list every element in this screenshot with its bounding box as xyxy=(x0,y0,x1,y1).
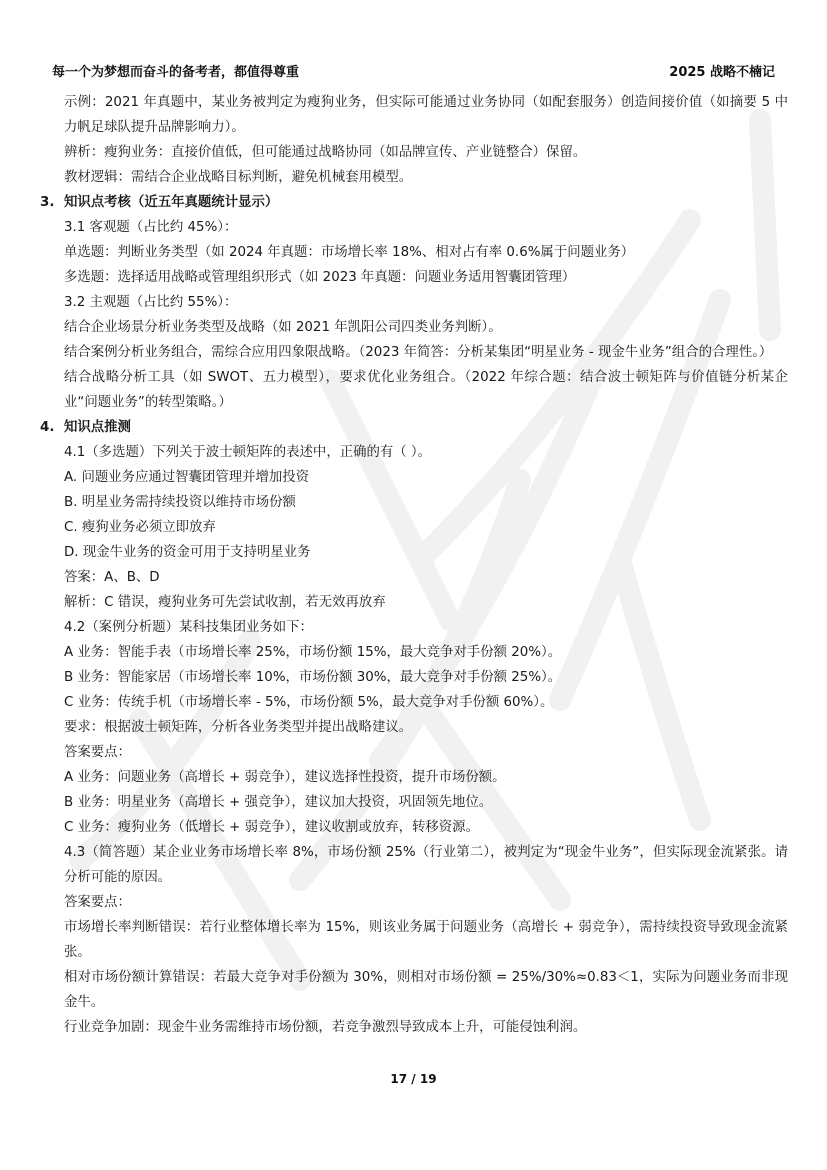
explanation: 解析：C 错误，瘦狗业务可先尝试收割，若无效再放弃 xyxy=(40,590,788,615)
question-stem: 4.2（案例分析题）某科技集团业务如下： xyxy=(40,615,788,640)
paragraph: 辨析：瘦狗业务：直接价值低，但可能通过战略协同（如品牌宣传、产业链整合）保留。 xyxy=(40,140,788,165)
section-number: 4. xyxy=(40,415,64,440)
option-a: A. 问题业务应通过智囊团管理并增加投资 xyxy=(40,465,788,490)
header-motto: 每一个为梦想而奋斗的备考者，都值得尊重 xyxy=(52,61,299,80)
section-heading-4: 4. 知识点推测 xyxy=(40,415,788,440)
case-item: C 业务：传统手机（市场增长率 - 5%，市场份额 5%，最大竞争对手份额 60… xyxy=(40,690,788,715)
paragraph: 多选题：选择适用战略或管理组织形式（如 2023 年真题：问题业务适用智囊团管理… xyxy=(40,265,788,290)
section-title: 知识点考核（近五年真题统计显示） xyxy=(64,190,278,215)
paragraph: 教材逻辑：需结合企业战略目标判断，避免机械套用模型。 xyxy=(40,165,788,190)
case-item: A 业务：智能手表（市场增长率 25%，市场份额 15%，最大竞争对手份额 20… xyxy=(40,640,788,665)
paragraph: 单选题：判断业务类型（如 2024 年真题：市场增长率 18%、相对占有率 0.… xyxy=(40,240,788,265)
requirement: 要求：根据波士顿矩阵，分析各业务类型并提出战略建议。 xyxy=(40,715,788,740)
header-title: 2025 战略不楠记 xyxy=(669,61,775,80)
page-header: 每一个为梦想而奋斗的备考者，都值得尊重 2025 战略不楠记 xyxy=(52,60,775,80)
answer-point: C 业务：瘦狗业务（低增长 + 弱竞争），建议收割或放弃，转移资源。 xyxy=(40,815,788,840)
paragraph: 结合企业场景分析业务类型及战略（如 2021 年凯阳公司四类业务判断）。 xyxy=(40,315,788,340)
question-stem: 4.3（简答题）某企业业务市场增长率 8%，市场份额 25%（行业第二），被判定… xyxy=(40,840,788,890)
subheading: 3.1 客观题（占比约 45%）： xyxy=(40,215,788,240)
page-number: 17 / 19 xyxy=(0,1072,827,1086)
section-title: 知识点推测 xyxy=(64,415,131,440)
answer-point: 相对市场份额计算错误：若最大竞争对手份额为 30%，则相对市场份额 = 25%/… xyxy=(40,965,788,1015)
document-body: 示例：2021 年真题中，某业务被判定为瘦狗业务，但实际可能通过业务协同（如配套… xyxy=(40,90,788,1040)
question-stem: 4.1（多选题）下列关于波士顿矩阵的表述中，正确的有（ ）。 xyxy=(40,440,788,465)
answer-heading: 答案要点： xyxy=(40,740,788,765)
answer-point: 行业竞争加剧：现金牛业务需维持市场份额，若竞争激烈导致成本上升，可能侵蚀利润。 xyxy=(40,1015,788,1040)
paragraph: 示例：2021 年真题中，某业务被判定为瘦狗业务，但实际可能通过业务协同（如配套… xyxy=(40,90,788,140)
answer-point: 市场增长率判断错误：若行业整体增长率为 15%，则该业务属于问题业务（高增长 +… xyxy=(40,915,788,965)
answer-point: B 业务：明星业务（高增长 + 强竞争），建议加大投资，巩固领先地位。 xyxy=(40,790,788,815)
paragraph: 结合战略分析工具（如 SWOT、五力模型），要求优化业务组合。（2022 年综合… xyxy=(40,365,788,415)
case-item: B 业务：智能家居（市场增长率 10%，市场份额 30%，最大竞争对手份额 25… xyxy=(40,665,788,690)
section-number: 3. xyxy=(40,190,64,215)
option-c: C. 瘦狗业务必须立即放弃 xyxy=(40,515,788,540)
answer: 答案：A、B、D xyxy=(40,565,788,590)
subheading: 3.2 主观题（占比约 55%）： xyxy=(40,290,788,315)
option-b: B. 明星业务需持续投资以维持市场份额 xyxy=(40,490,788,515)
option-d: D. 现金牛业务的资金可用于支持明星业务 xyxy=(40,540,788,565)
answer-heading: 答案要点： xyxy=(40,890,788,915)
section-heading-3: 3. 知识点考核（近五年真题统计显示） xyxy=(40,190,788,215)
paragraph: 结合案例分析业务组合，需综合应用四象限战略。（2023 年简答：分析某集团“明星… xyxy=(40,340,788,365)
answer-point: A 业务：问题业务（高增长 + 弱竞争），建议选择性投资，提升市场份额。 xyxy=(40,765,788,790)
